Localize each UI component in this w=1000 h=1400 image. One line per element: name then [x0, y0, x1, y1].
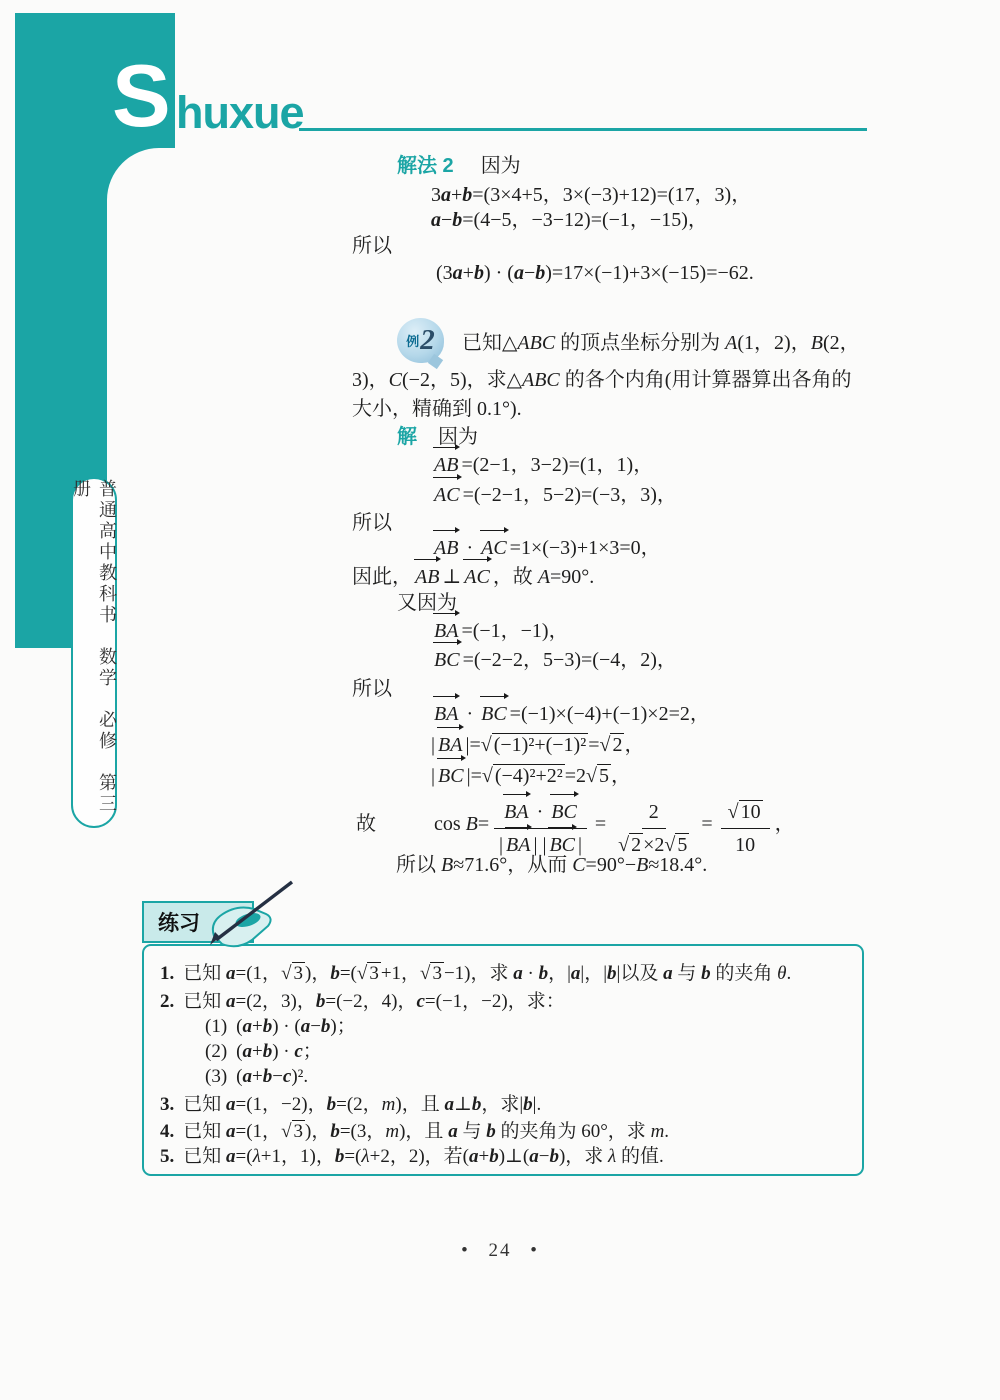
exercise-number: 1.	[160, 963, 174, 984]
exercise-text: 已知 a=(1，√3)，b=(3，m)，且 a 与 b 的夹角为 60°，求 m…	[183, 1121, 669, 1142]
solution2-connector: 所以	[352, 232, 392, 260]
fraction-2: 2 √2×2√5	[614, 789, 693, 859]
solution2-line3: (3a+b) · (a−b)=17×(−1)+3×(−15)=−62.	[436, 259, 754, 287]
solution-label: 解	[397, 426, 417, 448]
sub-item-text: (a+b−c)².	[236, 1066, 308, 1087]
fraction-2-numerator: 2	[642, 789, 666, 829]
exercise-item-2-sub-3: (3)(a+b−c)².	[205, 1064, 308, 1090]
solution-v4: BA=(−1，−1)，	[431, 617, 569, 645]
practice-title: 练习	[158, 907, 200, 937]
solution2-label: 解法 2	[397, 155, 454, 177]
exercise-text: 已知 a=(λ+1，1)，b=(λ+2，2)，若(a+b)⊥(a−b)，求 λ …	[183, 1146, 664, 1167]
exercise-text: 已知 a=(1，−2)，b=(2，m)，且 a⊥b，求|b|.	[183, 1094, 541, 1115]
solution-v6: BA · BC=(−1)×(−4)+(−1)×2=2，	[431, 700, 710, 728]
solution-connector1: 所以	[352, 509, 392, 537]
solution2-lead: 因为	[481, 155, 521, 177]
page-number: • 24 •	[0, 1240, 1000, 1262]
solution-v8: |BC|=√(−4)²+2²=2√5，	[431, 762, 631, 790]
exercise-item-2: 2.已知 a=(2，3)，b=(−2，4)，c=(−1，−2)，求：	[160, 989, 565, 1015]
equals-sign: =	[595, 810, 606, 838]
fraction-3-numerator: √10	[721, 789, 770, 829]
hand-pencil-icon	[198, 874, 302, 950]
book-spine-text: 普通高中教科书 数学 必修 第三册	[68, 479, 120, 826]
comma: ，	[775, 810, 795, 838]
solution-v5: BC=(−2−2，5−3)=(−4，2)，	[431, 646, 677, 674]
exercise-item-2-sub-2: (2)(a+b) · c；	[205, 1039, 322, 1065]
example-badge-number: 2	[420, 324, 435, 357]
solution-cos-equation: 故 cos B= BA · BC |BA| |BC| = 2 √2×2√5 = …	[356, 792, 795, 856]
exercise-item-1: 1.已知 a=(1，√3)，b=(√3+1，√3−1)，求 a · b，|a|，…	[160, 961, 791, 987]
sub-item-number: (2)	[205, 1041, 227, 1062]
solution-v3: AB · AC=1×(−3)+1×3=0，	[431, 534, 661, 562]
exercise-item-5: 5.已知 a=(λ+1，1)，b=(λ+2，2)，若(a+b)⊥(a−b)，求 …	[160, 1144, 664, 1170]
header-rule	[299, 128, 867, 131]
exercise-number: 2.	[160, 991, 174, 1012]
example-statement-line1: 已知△ABC 的顶点坐标分别为 A(1，2)，B(2，	[462, 329, 860, 357]
logo-initial: S	[112, 52, 171, 140]
sub-item-text: (a+b) · (a−b)；	[236, 1016, 356, 1037]
exercise-text: 已知 a=(2，3)，b=(−2，4)，c=(−1，−2)，求：	[183, 991, 564, 1012]
exercise-item-3: 3.已知 a=(1，−2)，b=(2，m)，且 a⊥b，求|b|.	[160, 1092, 541, 1118]
sub-item-text: (a+b) · c；	[236, 1041, 322, 1062]
cos-lhs: cos B=	[434, 810, 489, 838]
exercise-number: 4.	[160, 1121, 174, 1142]
book-spine-pill: 普通高中教科书 数学 必修 第三册	[71, 477, 117, 828]
solution-conclusion2: 所以 B≈71.6°，从而 C=90°−B≈18.4°.	[396, 851, 707, 879]
solution-conclusion1: 因此，AB⊥AC，故 A=90°.	[352, 563, 594, 591]
fraction-3-denominator: 10	[731, 829, 759, 859]
fraction-1: BA · BC |BA| |BC|	[494, 789, 587, 859]
solution2-heading: 解法 2 因为	[397, 152, 521, 180]
solution2-line1: 3a+b=(3×4+5，3×(−3)+12)=(17，3)，	[431, 181, 751, 209]
exercise-number: 5.	[160, 1146, 174, 1167]
solution-gu: 故	[356, 810, 376, 838]
solution-v2: AC=(−2−1，5−2)=(−3，3)，	[431, 481, 677, 509]
exercise-text: 已知 a=(1，√3)，b=(√3+1，√3−1)，求 a · b，|a|，|b…	[183, 963, 791, 984]
exercise-item-2-sub-1: (1)(a+b) · (a−b)；	[205, 1014, 356, 1040]
sub-item-number: (1)	[205, 1016, 227, 1037]
textbook-page: { "colors":{"teal":"#1ba5a5","tab_fill":…	[0, 0, 1000, 1400]
example-statement-line2: 3)，C(−2，5)，求△ABC 的各个内角(用计算器算出各角的	[352, 366, 851, 394]
exercise-item-4: 4.已知 a=(1，√3)，b=(3，m)，且 a 与 b 的夹角为 60°，求…	[160, 1119, 669, 1145]
sub-item-number: (3)	[205, 1066, 227, 1087]
example-statement-line3: 大小，精确到 0.1°).	[352, 395, 522, 423]
fraction-3: √10 10	[721, 789, 770, 859]
example-badge: 例 2	[397, 318, 444, 363]
exercise-number: 3.	[160, 1094, 174, 1115]
equals-sign: =	[701, 810, 712, 838]
solution2-line2: a−b=(4−5，−3−12)=(−1，−15)，	[431, 206, 708, 234]
solution-connector3: 所以	[352, 675, 392, 703]
logo-text: huxue	[176, 90, 304, 135]
example-badge-label: 例	[406, 331, 419, 350]
